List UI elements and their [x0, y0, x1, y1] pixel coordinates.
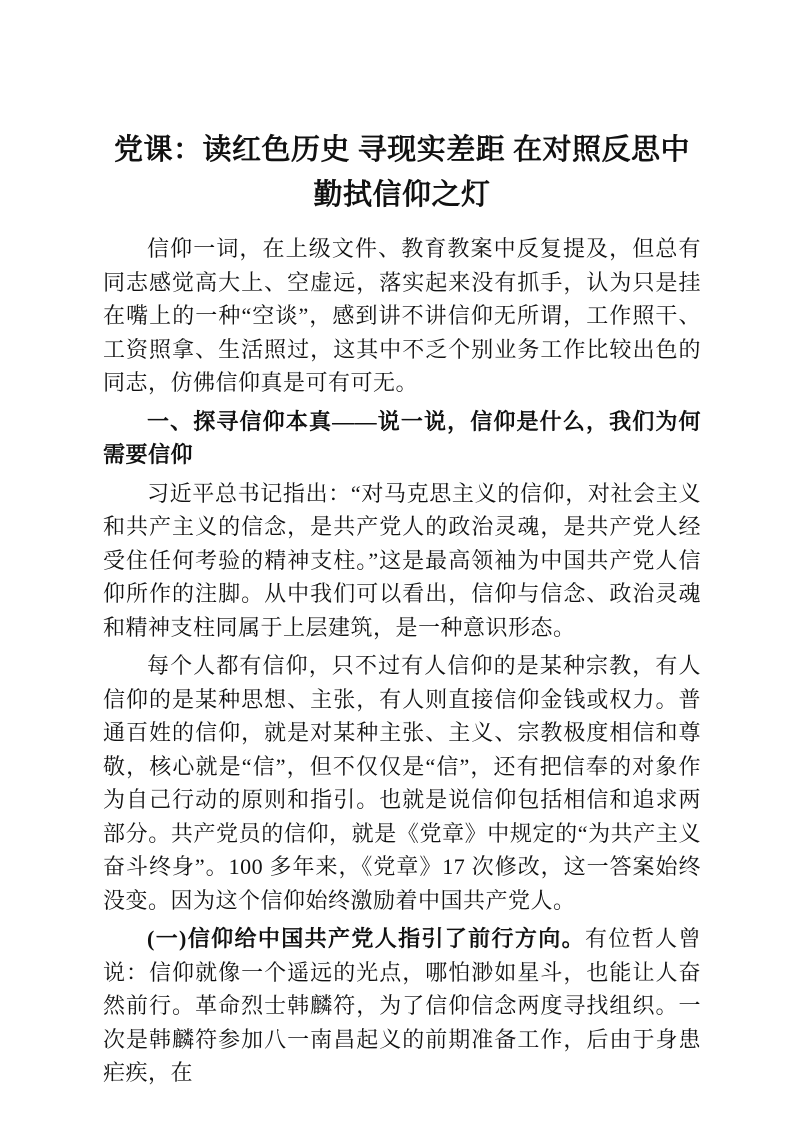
section-heading-1: 一、探寻信仰本真——说一说，信仰是什么，我们为何需要信仰: [103, 405, 701, 472]
intro-paragraph: 信仰一词，在上级文件、教育教案中反复提及，但总有同志感觉高大上、空虚远，落实起来…: [103, 232, 701, 400]
document-title: 党课：读红色历史 寻现实差距 在对照反思中勤拭信仰之灯: [103, 128, 701, 218]
document-page: 党课：读红色历史 寻现实差距 在对照反思中勤拭信仰之灯 信仰一词，在上级文件、教…: [0, 0, 793, 1121]
body-paragraph-quote: 习近平总书记指出：“对马克思主义的信仰，对社会主义和共产主义的信念，是共产党人的…: [103, 477, 701, 645]
subsection-lead: (一)信仰给中国共产党人指引了前行方向。: [147, 926, 585, 951]
body-paragraph-belief: 每个人都有信仰，只不过有人信仰的是某种宗教，有人信仰的是某种思想、主张，有人则直…: [103, 649, 701, 917]
body-paragraph-subsection: (一)信仰给中国共产党人指引了前行方向。有位哲人曾说：信仰就像一个遥远的光点，哪…: [103, 922, 701, 1090]
